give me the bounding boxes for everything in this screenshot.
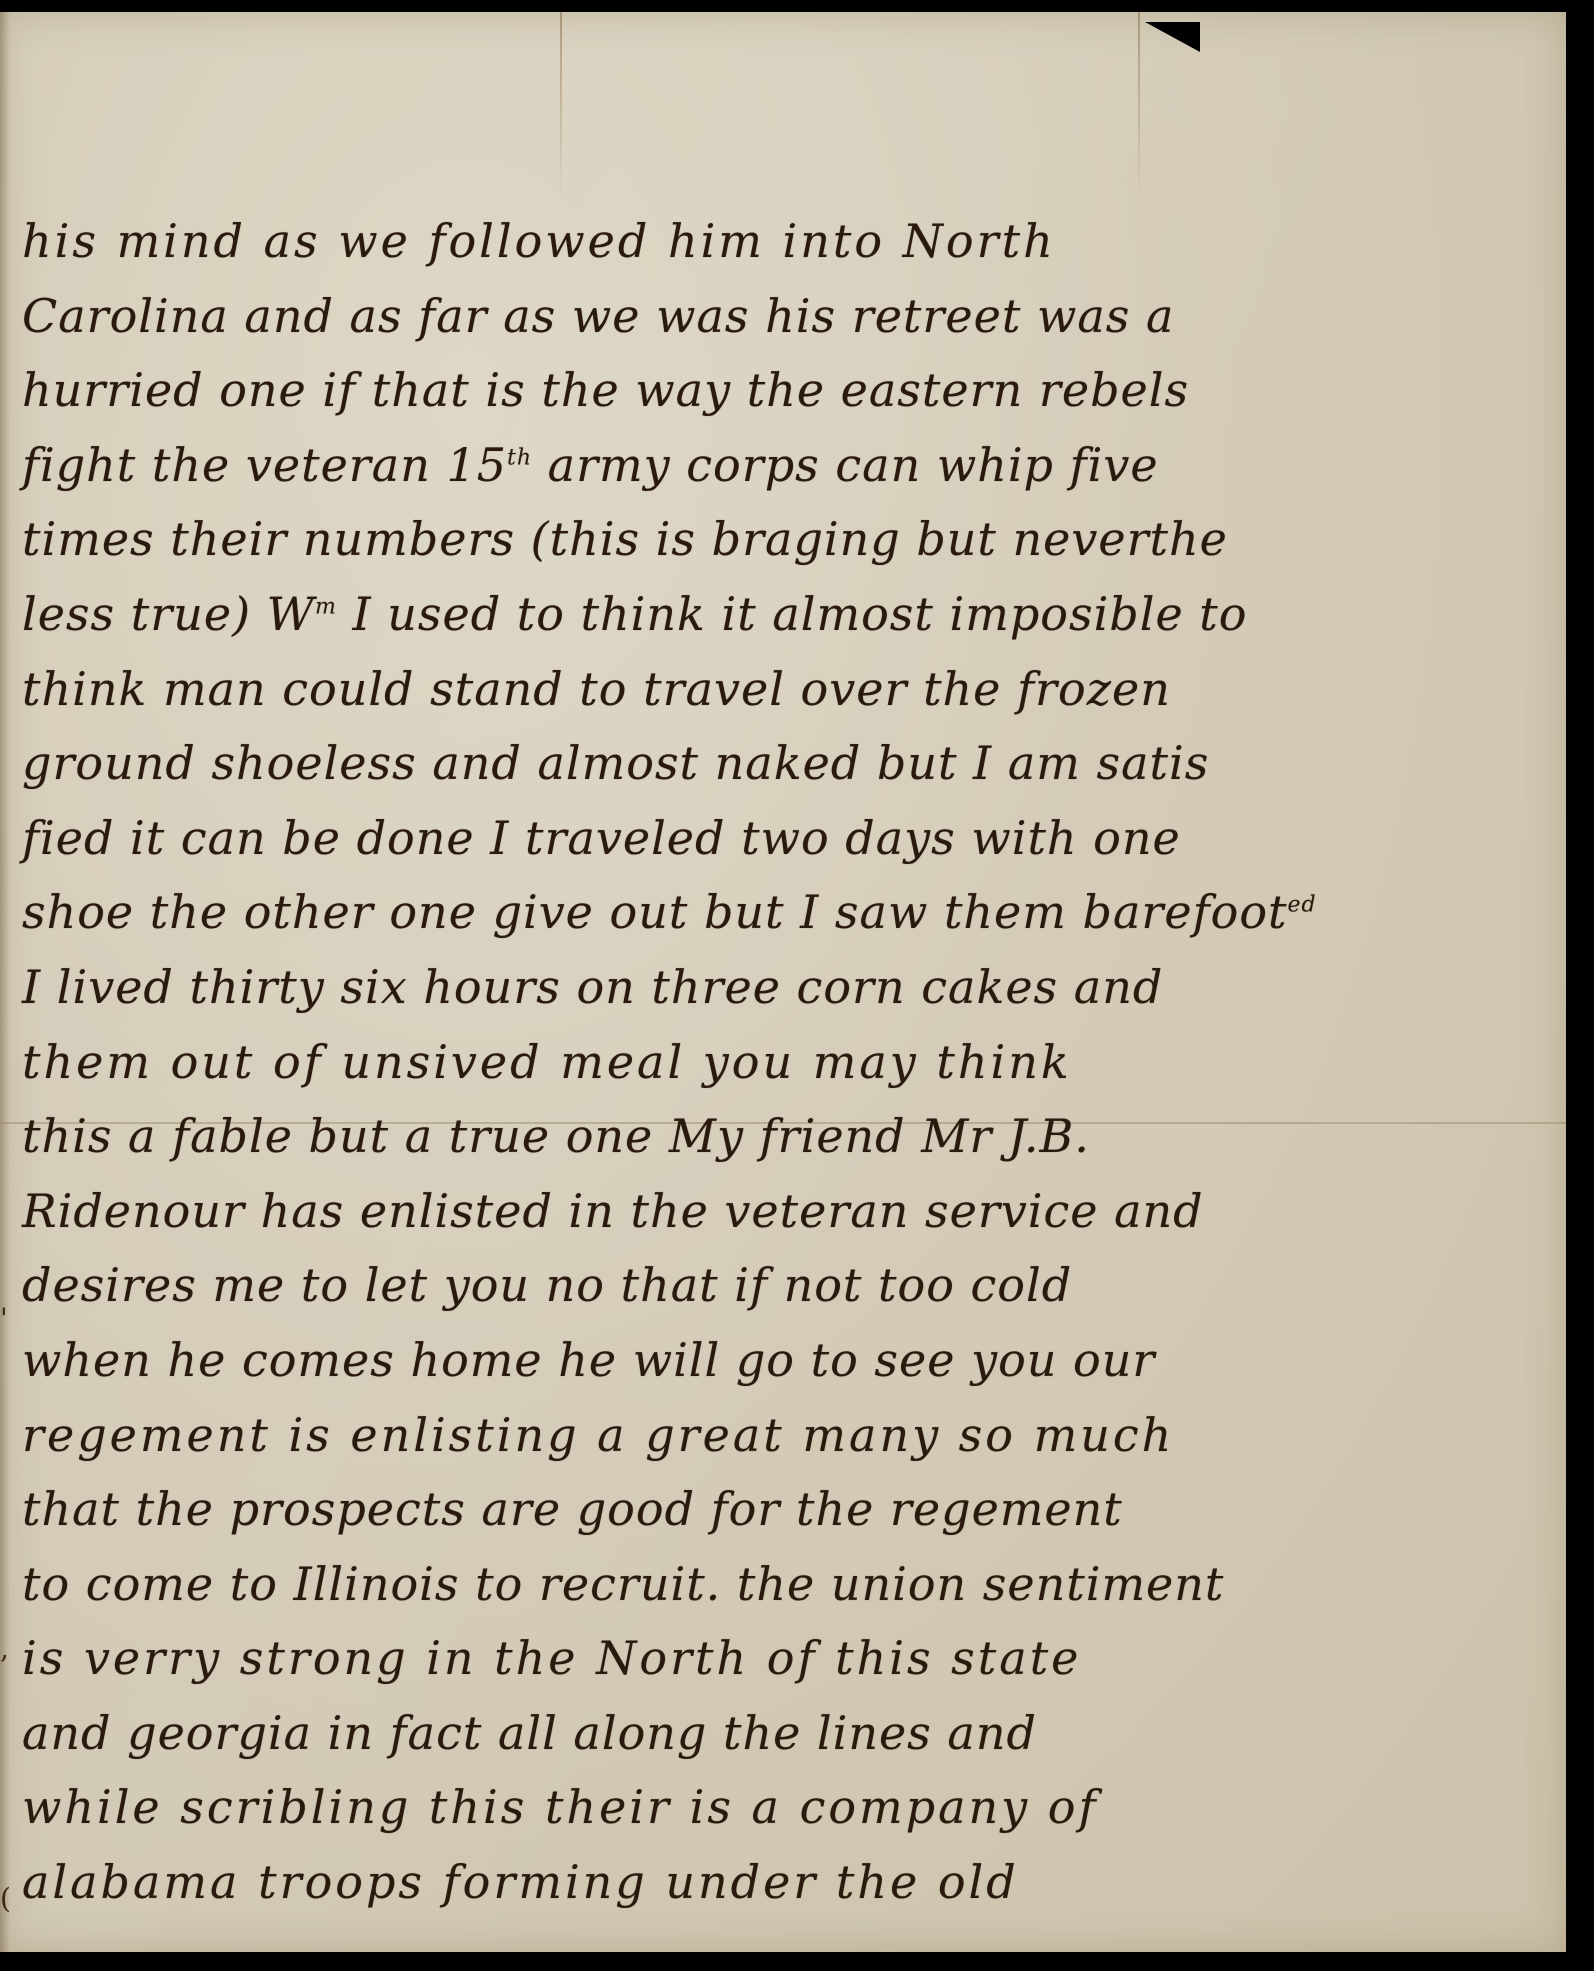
ordinal-superscript: th bbox=[507, 445, 532, 470]
letter-line: this a fable but a true one My friend Mr… bbox=[22, 1099, 1562, 1174]
letter-line: and georgia in fact all along the lines … bbox=[22, 1696, 1562, 1771]
letter-line: Ridenour has enlisted in the veteran ser… bbox=[22, 1174, 1562, 1249]
letter-line: I lived thirty six hours on three corn c… bbox=[22, 950, 1562, 1025]
line-text: I used to think it almost imposible to bbox=[337, 587, 1248, 641]
letter-line: hurried one if that is the way the easte… bbox=[22, 353, 1562, 428]
letter-line: Carolina and as far as we was his retree… bbox=[22, 279, 1562, 354]
letter-line: times their numbers (this is braging but… bbox=[22, 502, 1562, 577]
line-text: fight the veteran 15 bbox=[22, 438, 507, 492]
letter-line: alabama troops forming under the old bbox=[22, 1845, 1562, 1920]
margin-mark: ( bbox=[0, 1882, 12, 1915]
letter-line: his mind as we followed him into North bbox=[22, 204, 1562, 279]
letter-line: when he comes home he will go to see you… bbox=[22, 1323, 1562, 1398]
letter-body: his mind as we followed him into North C… bbox=[22, 204, 1562, 1920]
letter-line: to come to Illinois to recruit. the unio… bbox=[22, 1547, 1562, 1622]
paper-tear-notch bbox=[1145, 22, 1200, 52]
letter-line: fight the veteran 15th army corps can wh… bbox=[22, 428, 1562, 503]
paper-sheet: his mind as we followed him into North C… bbox=[0, 12, 1566, 1952]
margin-mark: ' bbox=[0, 1302, 12, 1335]
fold-line-vertical bbox=[560, 12, 562, 202]
inserted-superscript: ed bbox=[1288, 893, 1317, 918]
letter-line: fied it can be done I traveled two days … bbox=[22, 801, 1562, 876]
letter-line: desires me to let you no that if not too… bbox=[22, 1248, 1562, 1323]
letter-line: that the prospects are good for the rege… bbox=[22, 1472, 1562, 1547]
margin-mark: , bbox=[0, 1632, 12, 1665]
fold-line-vertical bbox=[1138, 12, 1140, 202]
letter-line: while scribling this their is a company … bbox=[22, 1770, 1562, 1845]
letter-line: them out of unsived meal you may think bbox=[22, 1025, 1562, 1100]
abbreviation-superscript: m bbox=[315, 595, 337, 620]
letter-line: less true) Wm I used to think it almost … bbox=[22, 577, 1562, 652]
line-text: less true) W bbox=[22, 587, 315, 641]
letter-line: is verry strong in the North of this sta… bbox=[22, 1621, 1562, 1696]
line-text: shoe the other one give out but I saw th… bbox=[22, 885, 1288, 939]
letter-line: think man could stand to travel over the… bbox=[22, 652, 1562, 727]
line-text: army corps can whip five bbox=[532, 438, 1159, 492]
letter-line: shoe the other one give out but I saw th… bbox=[22, 875, 1562, 950]
letter-line: ground shoeless and almost naked but I a… bbox=[22, 726, 1562, 801]
letter-line: regement is enlisting a great many so mu… bbox=[22, 1398, 1562, 1473]
letter-scan: his mind as we followed him into North C… bbox=[0, 0, 1594, 1971]
